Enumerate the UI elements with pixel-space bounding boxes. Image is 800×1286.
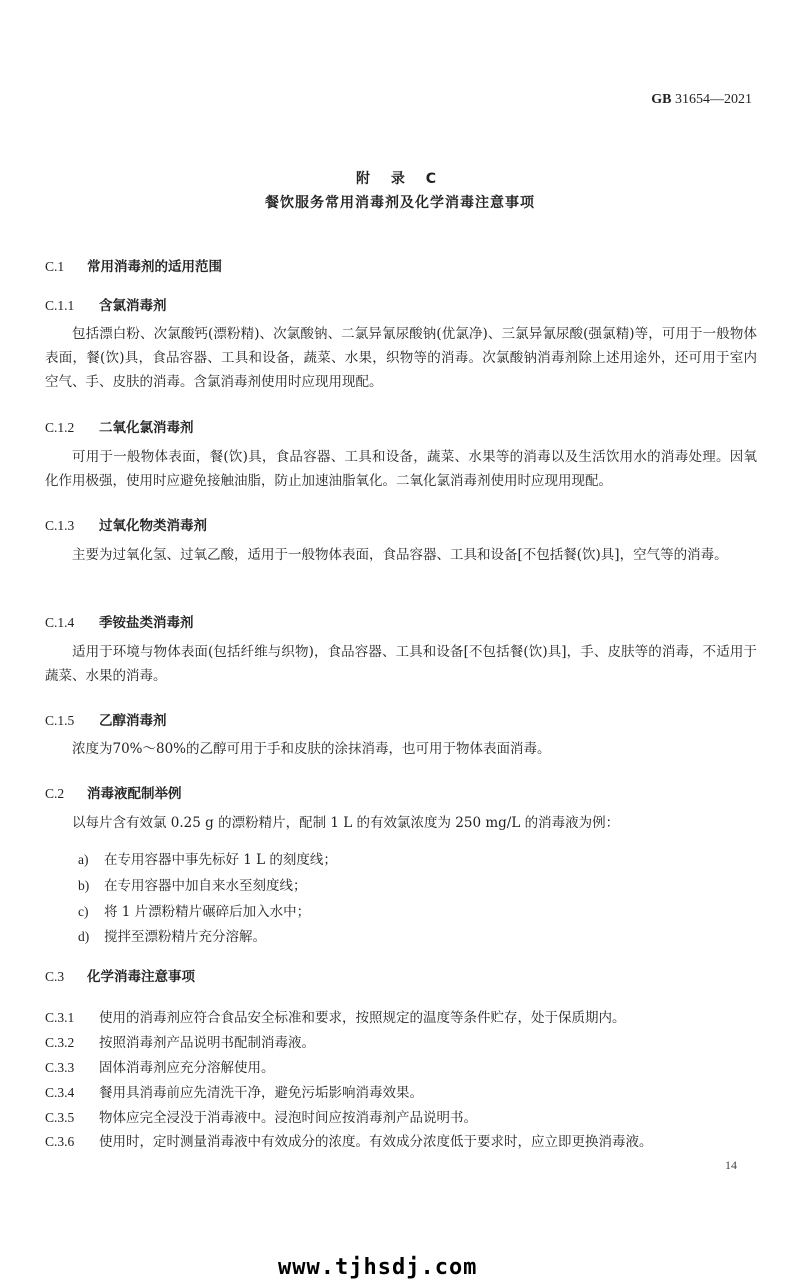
paragraph-c1-5: 浓度为70%～80%的乙醇可用于手和皮肤的涂抹消毒，也可用于物体表面消毒。 <box>45 737 757 761</box>
clause-number: C.3.4 <box>45 1085 99 1101</box>
section-title: 二氧化氯消毒剂 <box>99 420 194 436</box>
list-marker: d) <box>78 929 104 945</box>
section-heading-c1: C.1常用消毒剂的适用范围 <box>45 255 222 275</box>
section-heading-c1-2: C.1.2二氧化氯消毒剂 <box>45 416 194 436</box>
section-title: 含氯消毒剂 <box>99 298 167 314</box>
clause-number: C.3.2 <box>45 1035 99 1051</box>
section-number: C.1.4 <box>45 615 99 631</box>
clause-number: C.3.6 <box>45 1134 99 1150</box>
standard-code: GB 31654—2021 <box>651 92 752 108</box>
appendix-subtitle: 餐饮服务常用消毒剂及化学消毒注意事项 <box>0 192 800 212</box>
section-title: 化学消毒注意事项 <box>87 969 195 985</box>
list-marker: a) <box>78 852 104 868</box>
clause-text: 按照消毒剂产品说明书配制消毒液。 <box>99 1035 315 1051</box>
clause-number: C.3.3 <box>45 1060 99 1076</box>
section-title: 消毒液配制举例 <box>87 786 182 802</box>
clause-text: 使用时，定时测量消毒液中有效成分的浓度。有效成分浓度低于要求时，应立即更换消毒液… <box>99 1134 653 1150</box>
section-number: C.1.3 <box>45 518 99 534</box>
section-heading-c1-4: C.1.4季铵盐类消毒剂 <box>45 611 194 631</box>
clause-item: C.3.4餐用具消毒前应先清洗干净，避免污垢影响消毒效果。 <box>45 1081 423 1101</box>
section-heading-c2: C.2消毒液配制举例 <box>45 782 182 802</box>
section-number: C.1.1 <box>45 298 99 314</box>
section-heading-c1-1: C.1.1含氯消毒剂 <box>45 294 167 314</box>
section-heading-c1-3: C.1.3过氧化物类消毒剂 <box>45 514 207 534</box>
section-title: 乙醇消毒剂 <box>99 713 167 729</box>
clause-text: 使用的消毒剂应符合食品安全标准和要求，按照规定的温度等条件贮存，处于保质期内。 <box>99 1010 626 1026</box>
section-title: 过氧化物类消毒剂 <box>99 518 207 534</box>
clause-text: 物体应完全浸没于消毒液中。浸泡时间应按消毒剂产品说明书。 <box>99 1110 477 1126</box>
clause-text: 固体消毒剂应充分溶解使用。 <box>99 1060 275 1076</box>
section-number: C.3 <box>45 969 87 985</box>
list-marker: c) <box>78 904 104 920</box>
section-heading-c1-5: C.1.5乙醇消毒剂 <box>45 709 167 729</box>
clause-item: C.3.5物体应完全浸没于消毒液中。浸泡时间应按消毒剂产品说明书。 <box>45 1106 477 1126</box>
paragraph-c1-2: 可用于一般物体表面，餐(饮)具，食品容器、工具和设备，蔬菜、水果等的消毒以及生活… <box>45 445 757 493</box>
standard-prefix: GB <box>651 92 671 107</box>
watermark-url: www.tjhsdj.com <box>278 1255 477 1280</box>
list-item: a)在专用容器中事先标好 1 L 的刻度线； <box>78 848 337 868</box>
clause-item: C.3.2按照消毒剂产品说明书配制消毒液。 <box>45 1031 315 1051</box>
list-text: 在专用容器中事先标好 1 L 的刻度线； <box>104 852 337 868</box>
section-heading-c3: C.3化学消毒注意事项 <box>45 965 195 985</box>
paragraph-c1-4: 适用于环境与物体表面(包括纤维与织物)，食品容器、工具和设备[不包括餐(饮)具]… <box>45 640 757 688</box>
section-number: C.2 <box>45 786 87 802</box>
list-text: 搅拌至漂粉精片充分溶解。 <box>104 929 266 945</box>
paragraph-c1-3: 主要为过氧化氢、过氧乙酸，适用于一般物体表面，食品容器、工具和设备[不包括餐(饮… <box>45 543 757 567</box>
section-number: C.1.2 <box>45 420 99 436</box>
clause-number: C.3.1 <box>45 1010 99 1026</box>
list-text: 在专用容器中加自来水至刻度线； <box>104 878 307 894</box>
clause-text: 餐用具消毒前应先清洗干净，避免污垢影响消毒效果。 <box>99 1085 423 1101</box>
section-title: 常用消毒剂的适用范围 <box>87 259 222 275</box>
standard-number: 31654—2021 <box>675 92 752 107</box>
list-item: b)在专用容器中加自来水至刻度线； <box>78 874 307 894</box>
section-number: C.1 <box>45 259 87 275</box>
page-number: 14 <box>725 1158 737 1173</box>
appendix-title: 附 录 C <box>0 168 800 188</box>
clause-item: C.3.6使用时，定时测量消毒液中有效成分的浓度。有效成分浓度低于要求时，应立即… <box>45 1130 653 1150</box>
clause-number: C.3.5 <box>45 1110 99 1126</box>
paragraph-c1-1: 包括漂白粉、次氯酸钙(漂粉精)、次氯酸钠、二氯异氰尿酸钠(优氯净)、三氯异氰尿酸… <box>45 322 757 394</box>
clause-item: C.3.3固体消毒剂应充分溶解使用。 <box>45 1056 275 1076</box>
section-number: C.1.5 <box>45 713 99 729</box>
list-text: 将 1 片漂粉精片碾碎后加入水中； <box>104 904 310 920</box>
list-item: c)将 1 片漂粉精片碾碎后加入水中； <box>78 900 310 920</box>
list-marker: b) <box>78 878 104 894</box>
section-title: 季铵盐类消毒剂 <box>99 615 194 631</box>
paragraph-c2-intro: 以每片含有效氯 0.25 g 的漂粉精片，配制 1 L 的有效氯浓度为 250 … <box>45 811 757 835</box>
list-item: d)搅拌至漂粉精片充分溶解。 <box>78 925 266 945</box>
clause-item: C.3.1使用的消毒剂应符合食品安全标准和要求，按照规定的温度等条件贮存，处于保… <box>45 1006 626 1026</box>
